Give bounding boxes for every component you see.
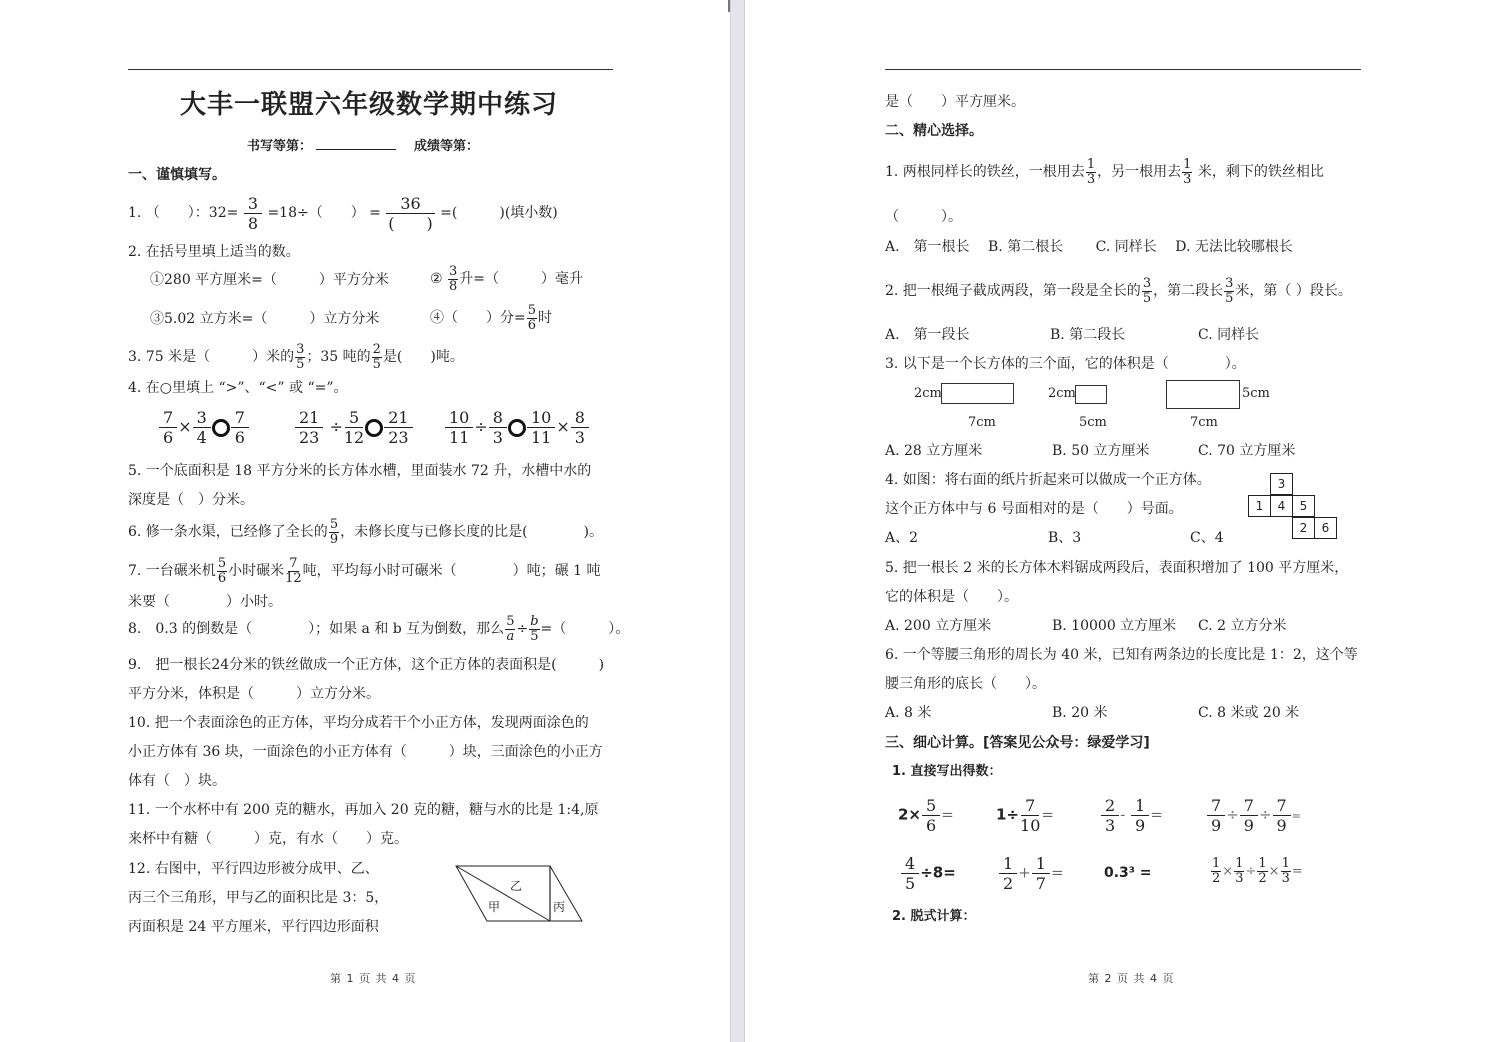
fraction: 12 [999,854,1017,893]
choice-3-option-a[interactable]: A. 28 立方厘米 [885,442,982,460]
choice-4-line-1: 4. 如图：将右面的纸片折起来可以做成一个正方体。 [885,471,1211,489]
page-footer: 第 1 页 共 4 页 [330,970,416,988]
question-2-part-1: ①280 平方厘米=（ ）平方分米 [150,271,389,289]
question-4-expr-3: 1011÷831011×83 [444,408,590,447]
calc-7: 0.3³ = [1104,864,1152,882]
fraction: 13 [1182,158,1192,187]
page-gutter [730,0,745,1042]
question-4-stem: 4. 在○里填上 “>”、“<” 或 “=”。 [128,379,348,397]
choice-2: 2. 把一根绳子截成两段，第一段是全长的35，第二段长35米，第（ ）段长。 [885,274,1352,308]
fraction: 13 [1281,857,1291,886]
question-12-continuation: 是（ ）平方厘米。 [885,93,1025,111]
question-2-part-3: ③5.02 立方米=（ ）立方分米 [150,310,379,328]
fraction: 712 [285,557,302,586]
choice-5-line-1: 5. 把一根长 2 米的长方体木料锯成两段后，表面积增加了 100 平方厘米， [885,559,1348,577]
choice-6-option-b[interactable]: B. 20 米 [1052,704,1107,722]
face-1-side-label: 2cm [914,385,942,403]
choice-5-line-2: 它的体积是（ ）。 [885,588,1018,606]
page-footer: 第 2 页 共 4 页 [1088,970,1174,988]
fraction: 38 [448,265,458,294]
fraction: 79 [1273,796,1291,835]
face-3-side-label: 5cm [1242,385,1270,403]
choice-3-option-b[interactable]: B. 50 立方厘米 [1052,442,1149,460]
fraction: 2123 [384,408,412,447]
fraction: 56 [922,796,940,835]
fraction: 19 [1131,796,1149,835]
fraction: 13 [1086,158,1096,187]
fraction: 83 [571,408,589,447]
calc-2: 1÷710= [996,796,1054,835]
compare-circle-blank[interactable] [212,419,230,437]
fraction: 35 [295,343,305,372]
label-yi: 乙 [510,877,522,895]
question-12-line-2: 丙三个三角形，甲与乙的面积比是 3：5， [128,889,388,907]
fraction: 76 [231,408,249,447]
label-bing: 丙 [553,898,565,916]
writing-grade-blank[interactable] [316,137,396,150]
compare-circle-blank[interactable] [508,419,526,437]
choice-6-option-c[interactable]: C. 8 米或 20 米 [1198,704,1299,722]
fraction: 45 [901,854,919,893]
section-1-heading: 一、谨慎填写。 [128,166,226,184]
net-cell-2: 2 [1292,517,1315,539]
page-1: 大丰一联盟六年级数学期中练习 书写等第：成绩等第： 一、谨慎填写。 1. （ ）… [0,0,730,1042]
grade-line: 书写等第：成绩等第： [247,137,479,156]
face-2-bottom-label: 5cm [1079,414,1107,432]
question-10-line-2: 小正方体有 36 块，一面涂色的小正方体有（ ）块，三面涂色的小正方 [128,743,603,761]
choice-2-option-a[interactable]: A. 第一段长 [885,326,970,344]
question-7-line-2: 米要（ ）小时。 [128,593,282,611]
choice-1: 1. 两根同样长的铁丝，一根用去13，另一根用去13 米，剩下的铁丝相比 [885,155,1324,189]
choice-3-stem: 3. 以下是一个长方体的三个面，它的体积是（ ）。 [885,355,1246,373]
writing-grade-label: 书写等第： [247,139,312,154]
net-cell-3: 3 [1270,473,1293,495]
fraction: 79 [1207,796,1225,835]
sub-heading-direct-answers: 1. 直接写出得数： [892,763,1002,781]
document-title: 大丰一联盟六年级数学期中练习 [180,90,558,120]
face-3-rectangle [1166,380,1240,409]
choice-4-option-c[interactable]: C、4 [1190,529,1224,547]
fraction: 1011 [527,408,555,447]
net-cell-4: 4 [1270,495,1293,517]
question-4-expr-1: 76×3476 [158,408,250,447]
fraction: 76 [159,408,177,447]
choice-2-option-b[interactable]: B. 第二段长 [1050,326,1125,344]
choice-4-option-b[interactable]: B、3 [1048,529,1081,547]
question-2-stem: 2. 在括号里填上适当的数。 [128,243,300,261]
choice-4-line-2: 这个正方体中与 6 号面相对的是（ ）号面。 [885,500,1183,518]
score-grade-label: 成绩等第： [414,139,479,154]
fraction: 56 [217,557,227,586]
calc-4: 79÷79÷79= [1206,796,1301,835]
question-2-part-4: ④（ ）分=56时 [430,301,552,335]
section-3-heading: 三、细心计算。[答案见公众号：绿爱学习] [885,734,1150,752]
question-10-line-1: 10. 把一个表面涂色的正方体，平均分成若干个小正方体，发现两面涂色的 [128,714,589,732]
calc-8: 12×13÷12×13= [1210,854,1303,890]
header-rule [885,69,1361,70]
choice-6-option-a[interactable]: A. 8 米 [885,704,931,722]
parallelogram-figure [450,860,590,930]
section-2-heading: 二、精心选择。 [885,122,983,140]
fraction: 34 [193,408,211,447]
face-2-side-label: 2cm [1048,385,1076,403]
fraction: 710 [1020,796,1040,835]
question-1: 1. （ ）：32= 38 =18÷（ ） = 36( ) =( )(填小数) [128,190,558,236]
fraction: 59 [329,518,339,547]
question-6: 6. 修一条水渠，已经修了全长的59，未修长度与已修长度的比是( )。 [128,515,603,549]
choice-1-options: A. 第一根长 B. 第二根长 C. 同样长 D. 无法比较哪根长 [885,238,1293,256]
choice-5-option-c[interactable]: C. 2 立方分米 [1198,617,1286,635]
scroll-marker [728,0,730,12]
choice-5-option-b[interactable]: B. 10000 立方厘米 [1052,617,1176,635]
choice-6-line-2: 腰三角形的底长（ ）。 [885,675,1046,693]
sub-heading-step-calculation: 2. 脱式计算： [892,908,976,926]
choice-1-blank: （ ）。 [885,208,962,226]
fraction: 79 [1240,796,1258,835]
question-9-line-2: 平方分米，体积是（ ）立方分米。 [128,685,380,703]
face-3-bottom-label: 7cm [1190,414,1218,432]
page-2: 是（ ）平方厘米。 二、精心选择。 1. 两根同样长的铁丝，一根用去13，另一根… [746,0,1485,1042]
face-2-rectangle [1075,385,1107,404]
question-5-line-2: 深度是（ ）分米。 [128,491,254,509]
fraction: 1011 [445,408,473,447]
label-jia: 甲 [488,898,500,916]
net-cell-6: 6 [1314,517,1337,539]
fraction: 36( ) [386,194,434,233]
fraction: 83 [489,408,507,447]
calc-1: 2×56= [898,796,954,835]
fraction: 23 [1101,796,1119,835]
net-cell-1: 1 [1248,495,1271,517]
choice-4-option-a[interactable]: A、2 [885,529,918,547]
choice-2-option-c[interactable]: C. 同样长 [1198,326,1259,344]
choice-6-line-1: 6. 一个等腰三角形的周长为 40 米，已知有两条边的长度比是 1：2，这个等 [885,646,1358,664]
fraction: 35 [1224,277,1234,306]
fraction: 5a [505,615,515,644]
question-5-line-1: 5. 一个底面积是 18 平方分米的长方体水槽，里面装水 72 升，水槽中水的 [128,462,591,480]
fraction: 2123 [295,408,323,447]
question-2-part-2: ② 38升=（ ）毫升 [430,262,583,296]
net-cell-5: 5 [1292,495,1315,517]
fraction: 25 [372,343,382,372]
choice-5-option-a[interactable]: A. 200 立方厘米 [885,617,991,635]
face-1-rectangle [941,383,1014,404]
fraction: 35 [1142,277,1152,306]
fraction: 38 [244,194,262,233]
question-4-expr-2: 2123 ÷5122123 [294,408,414,447]
calc-6: 12+17= [998,854,1064,893]
fraction: 12 [1257,857,1267,886]
fraction: b5 [529,615,539,644]
fraction: 13 [1234,857,1244,886]
question-9-line-1: 9. 把一根长24分米的铁丝做成一个正方体，这个正方体的表面积是( ) [128,656,604,674]
choice-3-option-c[interactable]: C. 70 立方厘米 [1198,442,1295,460]
question-10-line-3: 体有（ ）块。 [128,772,226,790]
question-7-line-1: 7. 一台碾米机56小时碾米712吨，平均每小时可碾米（ ）吨；碾 1 吨 [128,554,600,588]
compare-circle-blank[interactable] [365,419,383,437]
calc-5: 45÷8= [900,854,956,893]
face-1-bottom-label: 7cm [968,414,996,432]
fraction: 512 [344,408,364,447]
fraction: 17 [1032,854,1050,893]
question-8: 8. 0.3 的倒数是（ ）；如果 a 和 b 互为倒数，那么5a÷b5=（ ）… [128,612,629,646]
fraction: 56 [527,304,537,333]
question-11-line-2: 来杯中有糖（ ）克，有水（ ）克。 [128,830,408,848]
header-rule [128,69,613,70]
question-12-line-1: 12. 右图中，平行四边形被分成甲、乙、 [128,860,379,878]
question-12-line-3: 丙面积是 24 平方厘米，平行四边形面积 [128,918,379,936]
fraction: 12 [1211,857,1221,886]
question-11-line-1: 11. 一个水杯中有 200 克的糖水，再加入 20 克的糖，糖与水的比是 1:… [128,801,598,819]
calc-3: 23- 19= [1100,796,1163,835]
question-3: 3. 75 米是（ ）米的35；35 吨的25是( )吨。 [128,340,464,374]
